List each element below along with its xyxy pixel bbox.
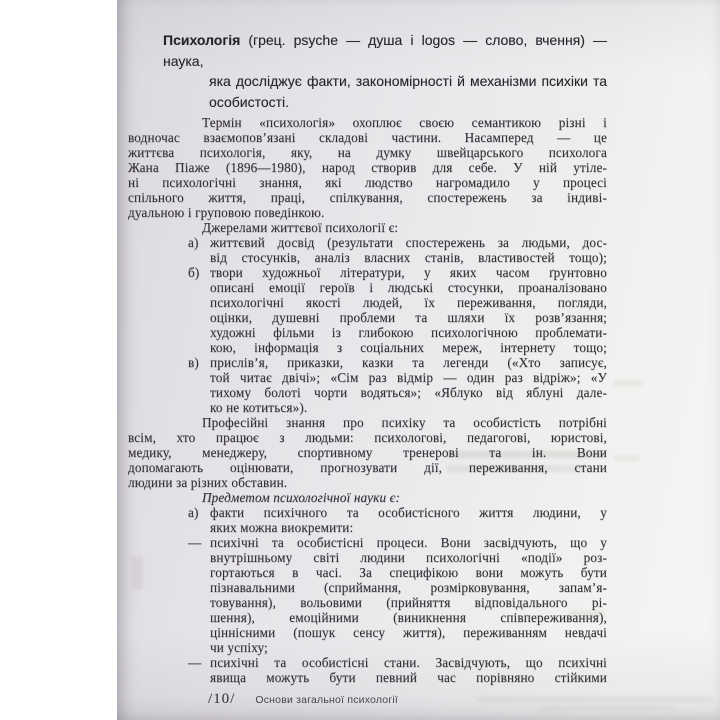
text-line: художні фільми із глибокою психологічною…: [128, 325, 607, 340]
showthrough-mark: [614, 380, 642, 386]
text-line: —психічні та особистісні процеси. Вони з…: [128, 535, 607, 550]
list-marker: а): [188, 505, 199, 520]
text-line: Джерелами життєвої психології є:: [128, 220, 607, 235]
text-line: Предметом психологічної науки є:: [128, 490, 607, 505]
text-line: яких можна виокремити:: [128, 520, 607, 535]
showthrough-mark: [477, 697, 712, 702]
text-line: ко не котиться»).: [128, 400, 607, 415]
text-line: водночас взаємопов’язані складові частин…: [128, 130, 607, 145]
list-marker: а): [188, 235, 199, 250]
text-line: спільного життя, праці, спілкування, спо…: [128, 190, 607, 205]
definition-line: особистості.: [163, 92, 607, 113]
page-number: /10/: [208, 691, 235, 708]
text-line: ціннісними (пошук сенсу життя), пережива…: [128, 625, 607, 640]
text-line: явища можуть бути певний час порівняно с…: [128, 670, 607, 685]
definition-block: Психологія (грец. psyche — душа і logos …: [163, 30, 607, 112]
text-line: а)життєвий досвід (результати спостереже…: [128, 235, 607, 250]
text-line: —психічні та особистісні стани. Засвідчу…: [128, 655, 607, 670]
text-line: а)факти психічного та особистісного житт…: [128, 505, 607, 520]
text-line: описані емоції героїв і людські стосунки…: [128, 280, 607, 295]
text-line: гортаються в часі. За специфікою вони мо…: [128, 565, 607, 580]
text-line: шення), емоційними (виникнення співпереж…: [128, 610, 607, 625]
definition-line: яка досліджує факти, закономірності й ме…: [163, 71, 607, 92]
text-line: кою, інформація з соціальних мереж, інте…: [128, 340, 607, 355]
text-line: тихому болоті чорти водяться»; «Яблуко в…: [128, 385, 607, 400]
text-line: всім, хто працює з людьми: психологові, …: [128, 430, 607, 445]
text-line: Термін «психологія» охоплює своєю семант…: [128, 115, 607, 130]
text-line: Професійні знання про психіку та особист…: [128, 415, 607, 430]
text-line: медику, менеджеру, спортивному тренерові…: [128, 445, 607, 460]
text-line: від стосунків, аналіз власних станів, вл…: [128, 250, 607, 265]
text-line: людини за різних обставин.: [128, 475, 607, 490]
page-footer: /10/ Основи загальної психології: [208, 691, 398, 708]
text-line: б)твори художньої літератури, у яких час…: [128, 265, 607, 280]
text-line: оцінки, душевні проблеми та шляхи їх роз…: [128, 310, 607, 325]
showthrough-mark: [614, 455, 640, 461]
text-line: життєва психологія, яку, на думку швейца…: [128, 145, 607, 160]
list-marker: в): [188, 355, 199, 370]
text-line: допомагають оцінювати, прогнозувати дії,…: [128, 460, 607, 475]
text-line: психологічні якості людей, їх переживанн…: [128, 295, 607, 310]
book-page: Психологія (грец. psyche — душа і logos …: [117, 0, 720, 720]
text-column: Психологія (грец. psyche — душа і logos …: [128, 30, 607, 685]
text-line: внутрішньому світі людини психологічні «…: [128, 550, 607, 565]
book-title: Основи загальної психології: [255, 694, 398, 706]
text-line: ні психологічні знання, які людство нагр…: [128, 175, 607, 190]
text-line: той читає двічі»; «Сім раз відмір — один…: [128, 370, 607, 385]
definition-term: Психологія: [163, 32, 240, 48]
definition-line: Психологія (грец. psyche — душа і logos …: [163, 30, 607, 71]
photo-canvas: Психологія (грец. psyche — душа і logos …: [0, 0, 720, 720]
list-marker: —: [188, 535, 201, 550]
text-line: товування), вольовими (прийняття відпові…: [128, 595, 607, 610]
text-line: чи успіху;: [128, 640, 607, 655]
text-line: дуальною і груповою поведінкою.: [128, 205, 607, 220]
list-marker: —: [188, 655, 201, 670]
text-line: в)прислів’я, приказки, казки та легенди …: [128, 355, 607, 370]
showthrough-mark: [537, 706, 677, 710]
text-line: пізнавальними (сприймання, розмірковуван…: [128, 580, 607, 595]
list-marker: б): [188, 265, 199, 280]
text-line: Жана Піаже (1896—1980), народ створив дл…: [128, 160, 607, 175]
body-text: Термін «психологія» охоплює своєю семант…: [128, 115, 607, 685]
